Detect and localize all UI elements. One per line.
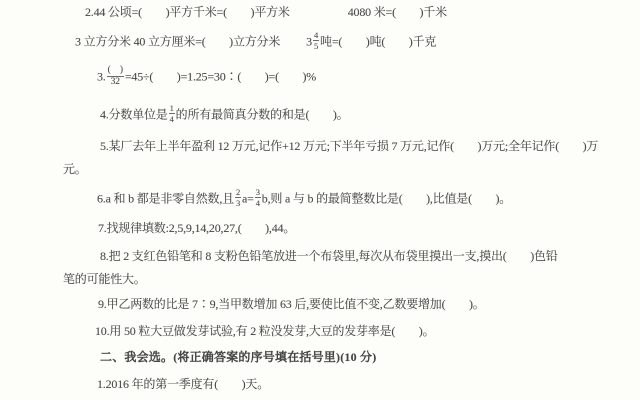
fraction-numerator: 4 [313, 31, 319, 41]
worksheet-page: 2.44 公顷=( )平方千米=( )平方米4080 米=( )千米3 立方分米… [0, 0, 640, 400]
text-run: 元。 [63, 162, 87, 176]
text-run: 笔的可能性大。 [63, 272, 146, 286]
text-run: 4.分数单位是 [100, 108, 168, 122]
text-run: 3. [97, 70, 106, 84]
text-run: 8.把 2 支红色铅笔和 8 支粉色铅笔放进一个布袋里,每次从布袋里摸出一支,摸… [100, 249, 558, 263]
text-run: 4080 米=( )千米 [348, 5, 447, 19]
fraction-numerator: 3 [255, 188, 261, 198]
question-line: 2.44 公顷=( )平方千米=( )平方米4080 米=( )千米 [85, 5, 447, 20]
text-run: 二、我会选。(将正确答案的序号填在括号里)(10 分) [100, 350, 376, 364]
question-line: 8.把 2 支红色铅笔和 8 支粉色铅笔放进一个布袋里,每次从布袋里摸出一支,摸… [100, 249, 558, 264]
text-run: 7.找规律填数:2,5,9,14,20,27,( ),44。 [98, 221, 295, 235]
text-run: a= [242, 192, 254, 206]
question-line: 9.甲乙两数的比是 7∶9,当甲数增加 63 后,要使比值不变,乙数要增加( )… [98, 297, 485, 312]
fraction-numerator: ( ) [107, 66, 124, 77]
text-run: 9.甲乙两数的比是 7∶9,当甲数增加 63 后,要使比值不变,乙数要增加( )… [98, 297, 485, 311]
fraction: 34 [255, 188, 261, 207]
fraction-denominator: 4 [169, 114, 175, 123]
question-line: 10.用 50 粒大豆做发芽试验,有 2 粒没发芽,大豆的发芽率是( )。 [95, 324, 434, 339]
question-line: 7.找规律填数:2,5,9,14,20,27,( ),44。 [98, 221, 295, 236]
text-run: 3 立方分米 40 立方厘米=( )立方分米 [75, 35, 280, 49]
fraction-numerator: 2 [235, 188, 241, 198]
text-run: 10.用 50 粒大豆做发芽试验,有 2 粒没发芽,大豆的发芽率是( )。 [95, 324, 434, 338]
question-line: 5.某厂去年上半年盈利 12 万元,记作+12 万元;下半年亏损 7 万元,记作… [100, 139, 598, 154]
fraction: 14 [169, 104, 175, 123]
spacer [290, 15, 348, 16]
spacer [280, 45, 306, 46]
question-line: 笔的可能性大。 [63, 272, 146, 287]
question-line: 元。 [63, 162, 87, 177]
section-header: 二、我会选。(将正确答案的序号填在括号里)(10 分) [100, 350, 376, 365]
fraction-numerator: 1 [169, 104, 175, 114]
question-line: 1.2016 年的第一季度有( )天。 [97, 377, 269, 392]
text-run: 3 [306, 35, 312, 49]
fraction-denominator: 5 [313, 41, 319, 50]
text-run: 2.44 公顷=( )平方千米=( )平方米 [85, 5, 290, 19]
text-run: 吨=( )吨( )千克 [320, 35, 436, 49]
fraction-denominator: 4 [255, 198, 261, 207]
text-run: 1.2016 年的第一季度有( )天。 [97, 377, 269, 391]
text-run: 6.a 和 b 都是非零自然数,且 [97, 192, 234, 206]
question-line: 4.分数单位是14的所有最简真分数的和是( )。 [100, 104, 348, 123]
fraction: ( )32 [107, 66, 124, 87]
fraction: 23 [235, 188, 241, 207]
question-line: 3 立方分米 40 立方厘米=( )立方分米345吨=( )吨( )千克 [75, 31, 436, 50]
fraction-denominator: 32 [107, 77, 124, 87]
fraction: 45 [313, 31, 319, 50]
question-line: 3.( )32=45÷( )=1.25=30∶( )=( )% [97, 66, 316, 87]
text-run: b,则 a 与 b 的最简整数比是( ),比值是( )。 [262, 192, 511, 206]
text-run: =45÷( )=1.25=30∶( )=( )% [125, 70, 316, 84]
text-run: 5.某厂去年上半年盈利 12 万元,记作+12 万元;下半年亏损 7 万元,记作… [100, 139, 598, 153]
text-run: 的所有最简真分数的和是( )。 [176, 108, 349, 122]
question-line: 6.a 和 b 都是非零自然数,且23a=34b,则 a 与 b 的最简整数比是… [97, 188, 511, 207]
fraction-denominator: 3 [235, 198, 241, 207]
